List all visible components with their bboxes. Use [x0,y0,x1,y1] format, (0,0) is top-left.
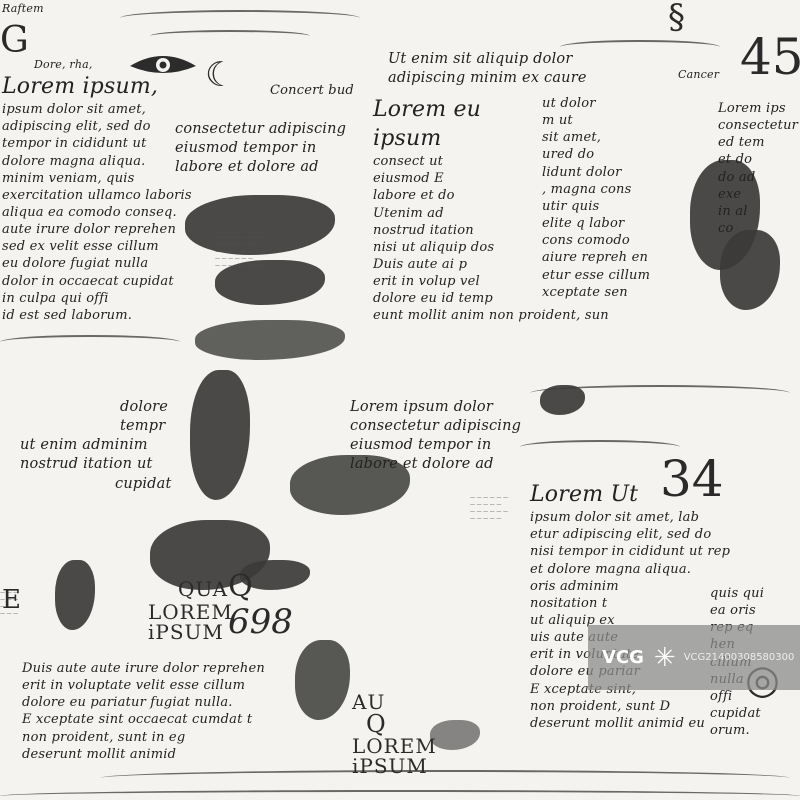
text-block-center-middle: Lorem ipsum dolor consectetur adipiscing… [350,398,521,475]
number-698: 698 [228,602,293,642]
text-block-header-right: Ut enim sit aliquip dolor adipiscing min… [388,50,587,88]
ink-blot [55,560,95,630]
ink-blot [190,370,250,500]
handwriting-pattern-background: — — — — — — — —— — — — — — —— — — — — — … [0,0,800,800]
ink-blot [720,230,780,310]
text-block-center-top: consectetur adipiscing eiusmod tempor in… [175,120,346,177]
scribble [120,10,360,26]
watermark-logo: VCG [602,647,644,668]
scribble [520,440,680,454]
scrawl-cancer: Cancer [678,68,719,83]
scribble [100,770,790,786]
scribble [0,790,800,800]
number-45: 45 [740,28,800,86]
ink-blot [295,640,350,720]
letter-e: E [2,585,21,615]
printed-text-fragment: — — — — — —— — — — —— — — — — —— — — — — [470,495,508,523]
text-block-top-left: Lorem ipsum, ipsum dolor sit amet, adipi… [2,72,192,324]
text-block-far-right-top: Lorem ips consectetur ed tem et do do ad… [718,100,798,237]
text-block-middle-column: ut dolor m ut sit amet, ured do lidunt d… [542,95,650,301]
watermark-id: VCG21400308580300 [684,652,795,663]
letter-g: G [0,20,29,61]
scrawl-raftem: Raftem [2,2,44,17]
crescent-moon-icon: ☾ [205,58,235,92]
scrawl-dore: Dore, rha, [34,58,93,73]
watermark-burst-icon: ✳ [654,643,676,673]
scribble [0,335,180,349]
ink-blot [430,720,480,750]
vcg-watermark: VCG ✳ VCG21400308580300 [588,625,800,690]
ink-blot [195,320,345,360]
text-block-left-middle: dolore tempr ut enim adminim nostrud ita… [20,398,172,494]
scrawl-concert: Concert bud [270,82,354,99]
scribble [150,30,310,42]
text-block-bottom-left: Duis aute aute irure dolor reprehen erit… [22,660,265,763]
printed-text-fragment: — — — — — — — —— — — — — — —— — — — — — … [215,235,266,270]
text-block-right-middle: Lorem Ut ipsum dolor sit amet, lab etur … [530,480,730,732]
scribble [530,385,790,401]
spiral-ornament-icon: § [668,0,685,34]
ornament-au-lorem-ipsum: AU Q LOREM iPSUM [352,692,437,776]
